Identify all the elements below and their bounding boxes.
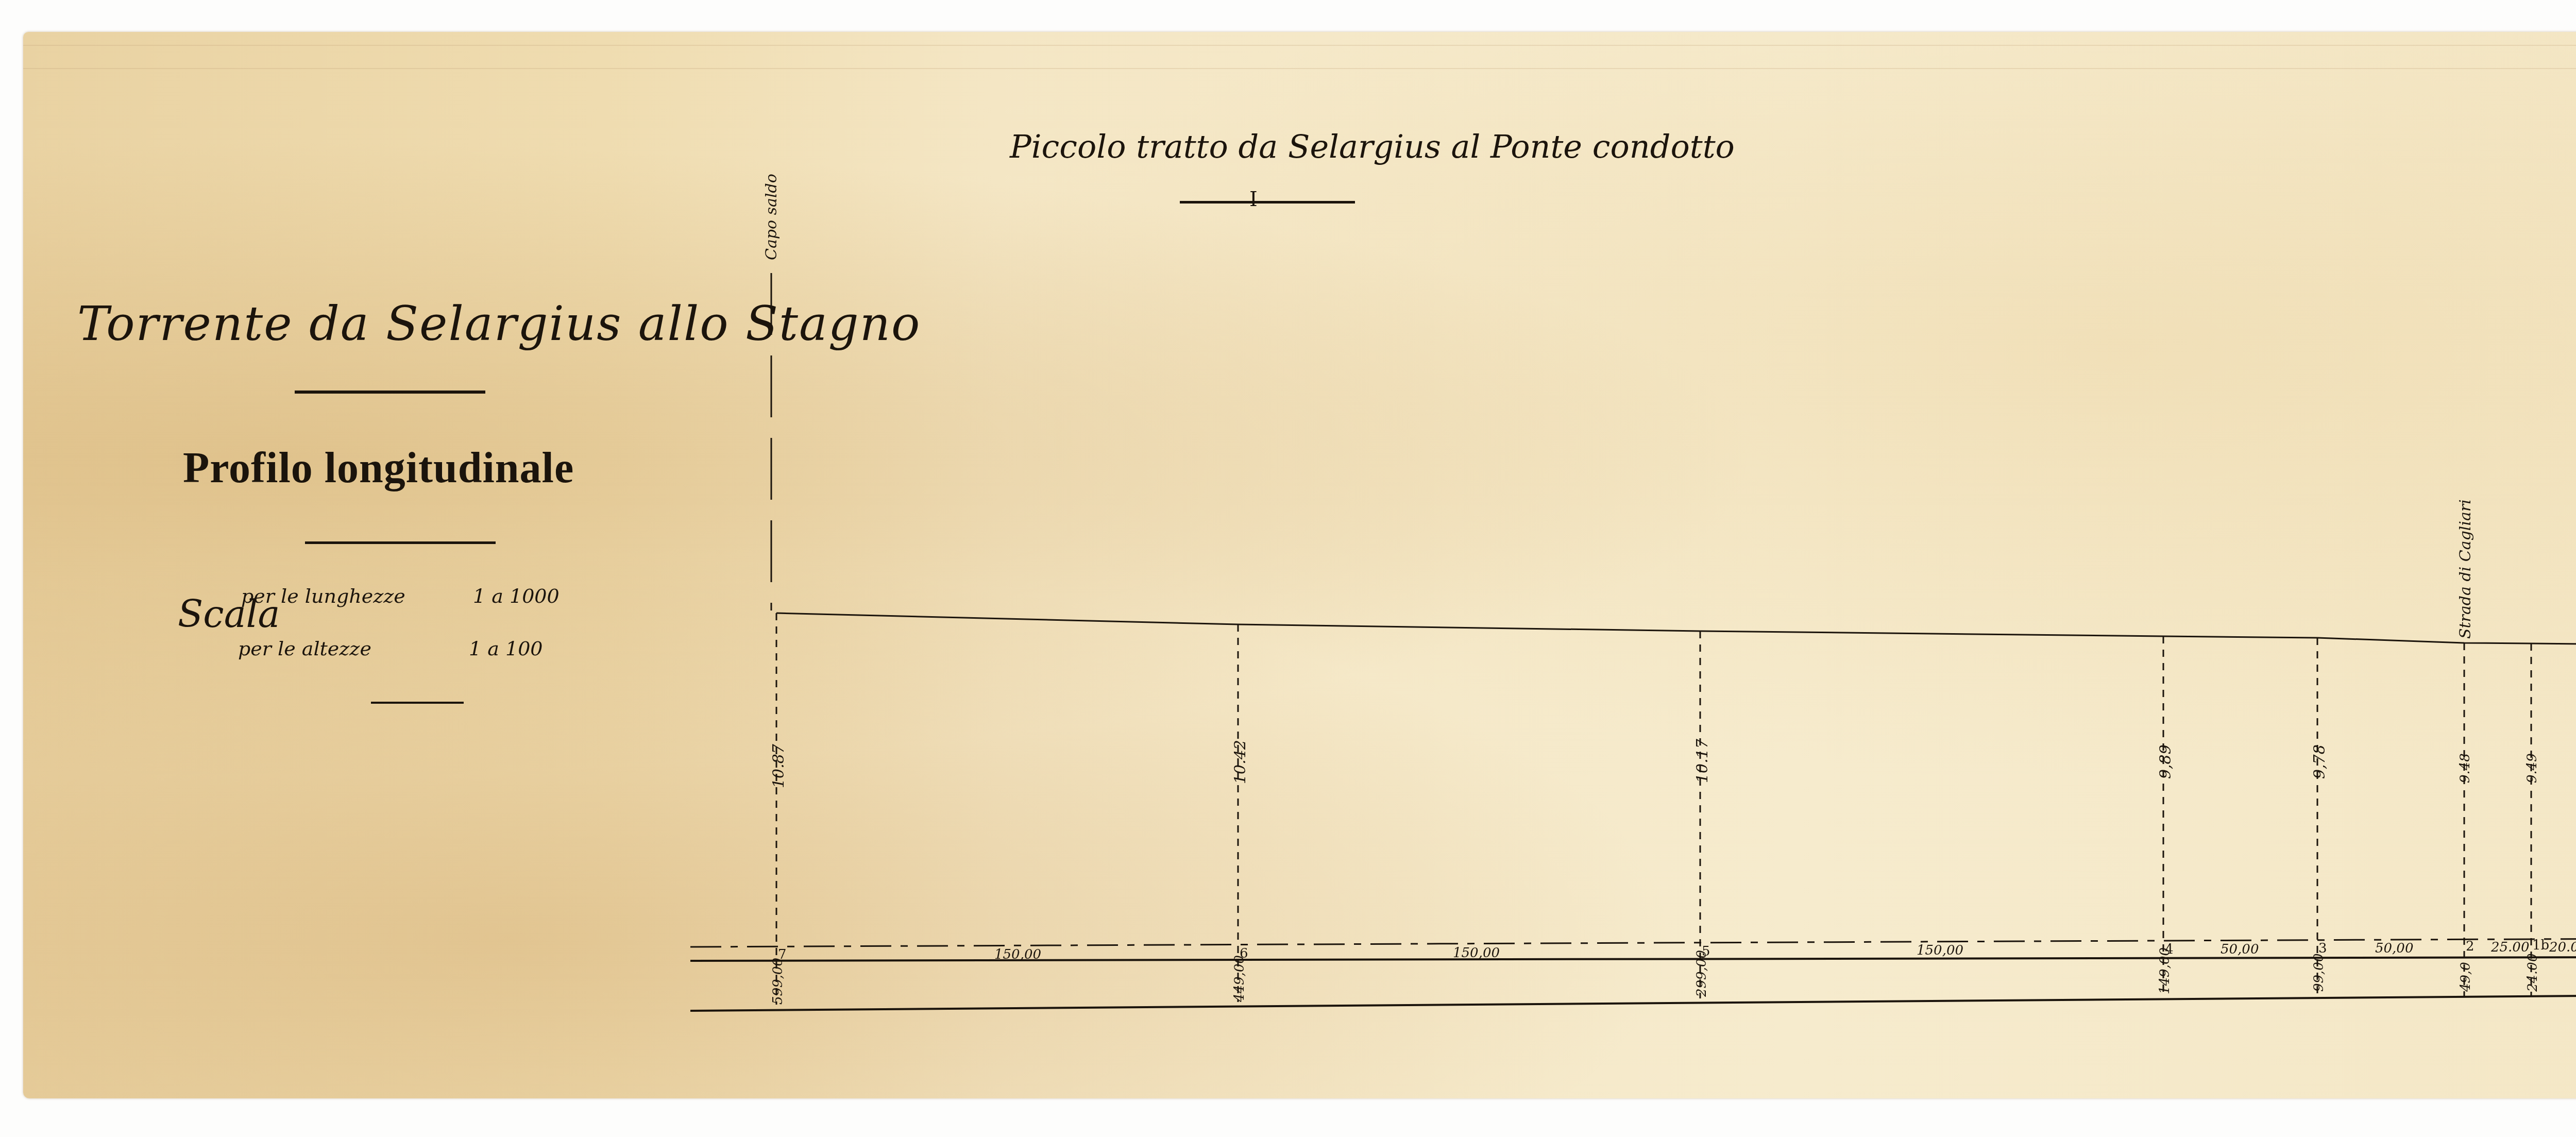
elevation-label: 10.42 [1231, 740, 1249, 784]
partial-distance: 20.00 [2549, 940, 2576, 955]
elevation-label: 10.87 [770, 744, 788, 788]
partial-distance: 150,00 [1453, 945, 1500, 961]
partial-distance: 25.00 [2491, 940, 2529, 955]
progressive-distance: 149,00 [2157, 947, 2173, 994]
progressive-distance: 49,0 [2458, 962, 2473, 992]
elevation-label: 9.48 [2458, 753, 2473, 783]
elevation-label: 9,89 [2157, 744, 2175, 779]
partial-distance: 50,00 [2375, 941, 2413, 956]
capo-saldo-label: Capo saldo [762, 174, 781, 260]
station-number: 1b [2532, 938, 2549, 953]
partial-distance: 50,00 [2221, 942, 2259, 957]
progressive-distance: 449,00 [1232, 955, 1247, 1002]
elevation-label: 9,78 [2311, 744, 2329, 779]
elevation-label: 9.49 [2524, 753, 2540, 783]
progressive-distance: 24.00 [2525, 954, 2540, 992]
station-number: 2 [2466, 939, 2475, 954]
partial-distance: 150,00 [994, 947, 1041, 962]
partial-distance: 150,00 [1917, 943, 1963, 958]
progressive-distance: 99,00 [2311, 954, 2327, 992]
profile-drawing [0, 0, 2576, 1137]
strada-label: Strada di Cagliari [2456, 499, 2475, 639]
elevation-label: 10.17 [1693, 739, 1711, 783]
progressive-distance: 299,00 [1694, 950, 1709, 997]
progressive-distance: 599,00 [770, 958, 786, 1005]
